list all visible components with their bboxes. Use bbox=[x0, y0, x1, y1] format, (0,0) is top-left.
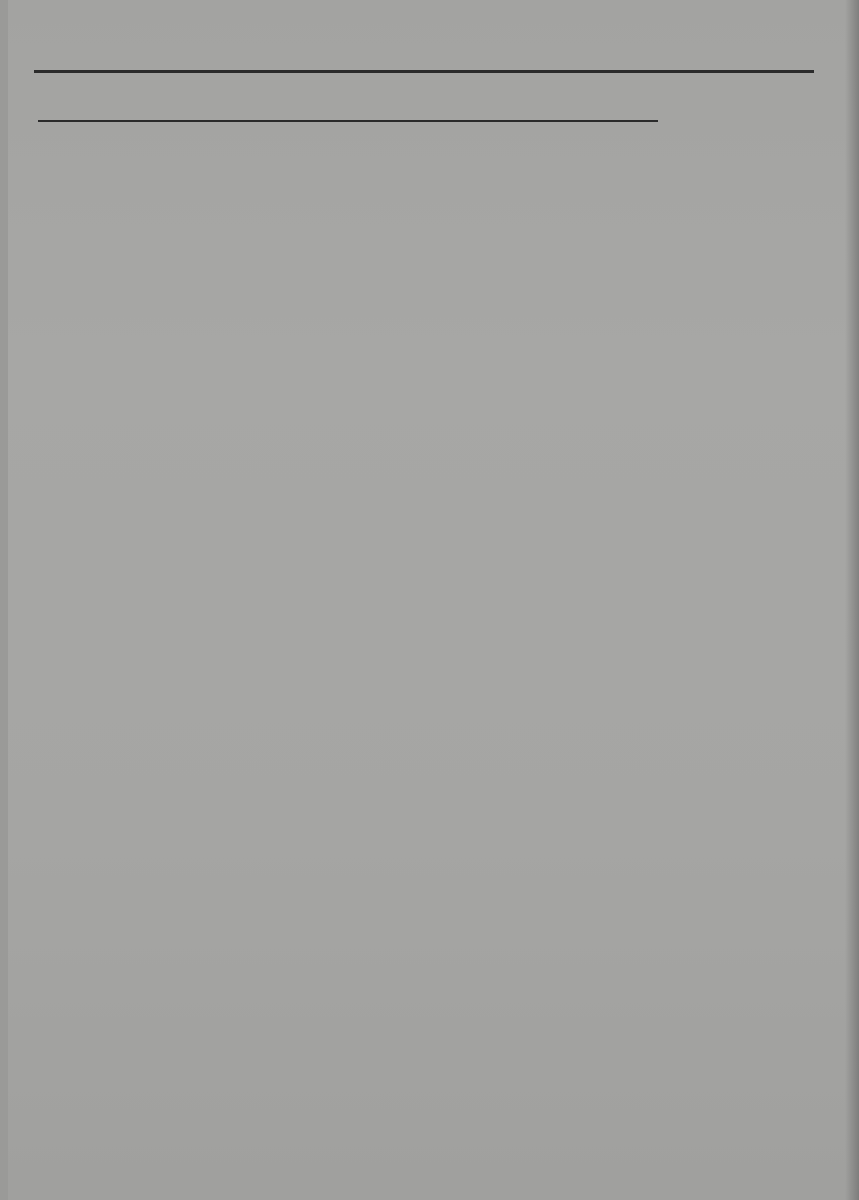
article-column-2 bbox=[230, 177, 420, 183]
masthead-rule bbox=[38, 120, 658, 122]
newspaper-page bbox=[8, 0, 859, 1200]
header-rule bbox=[34, 70, 814, 73]
article-column-1 bbox=[34, 177, 224, 183]
article-column-3 bbox=[426, 171, 616, 177]
